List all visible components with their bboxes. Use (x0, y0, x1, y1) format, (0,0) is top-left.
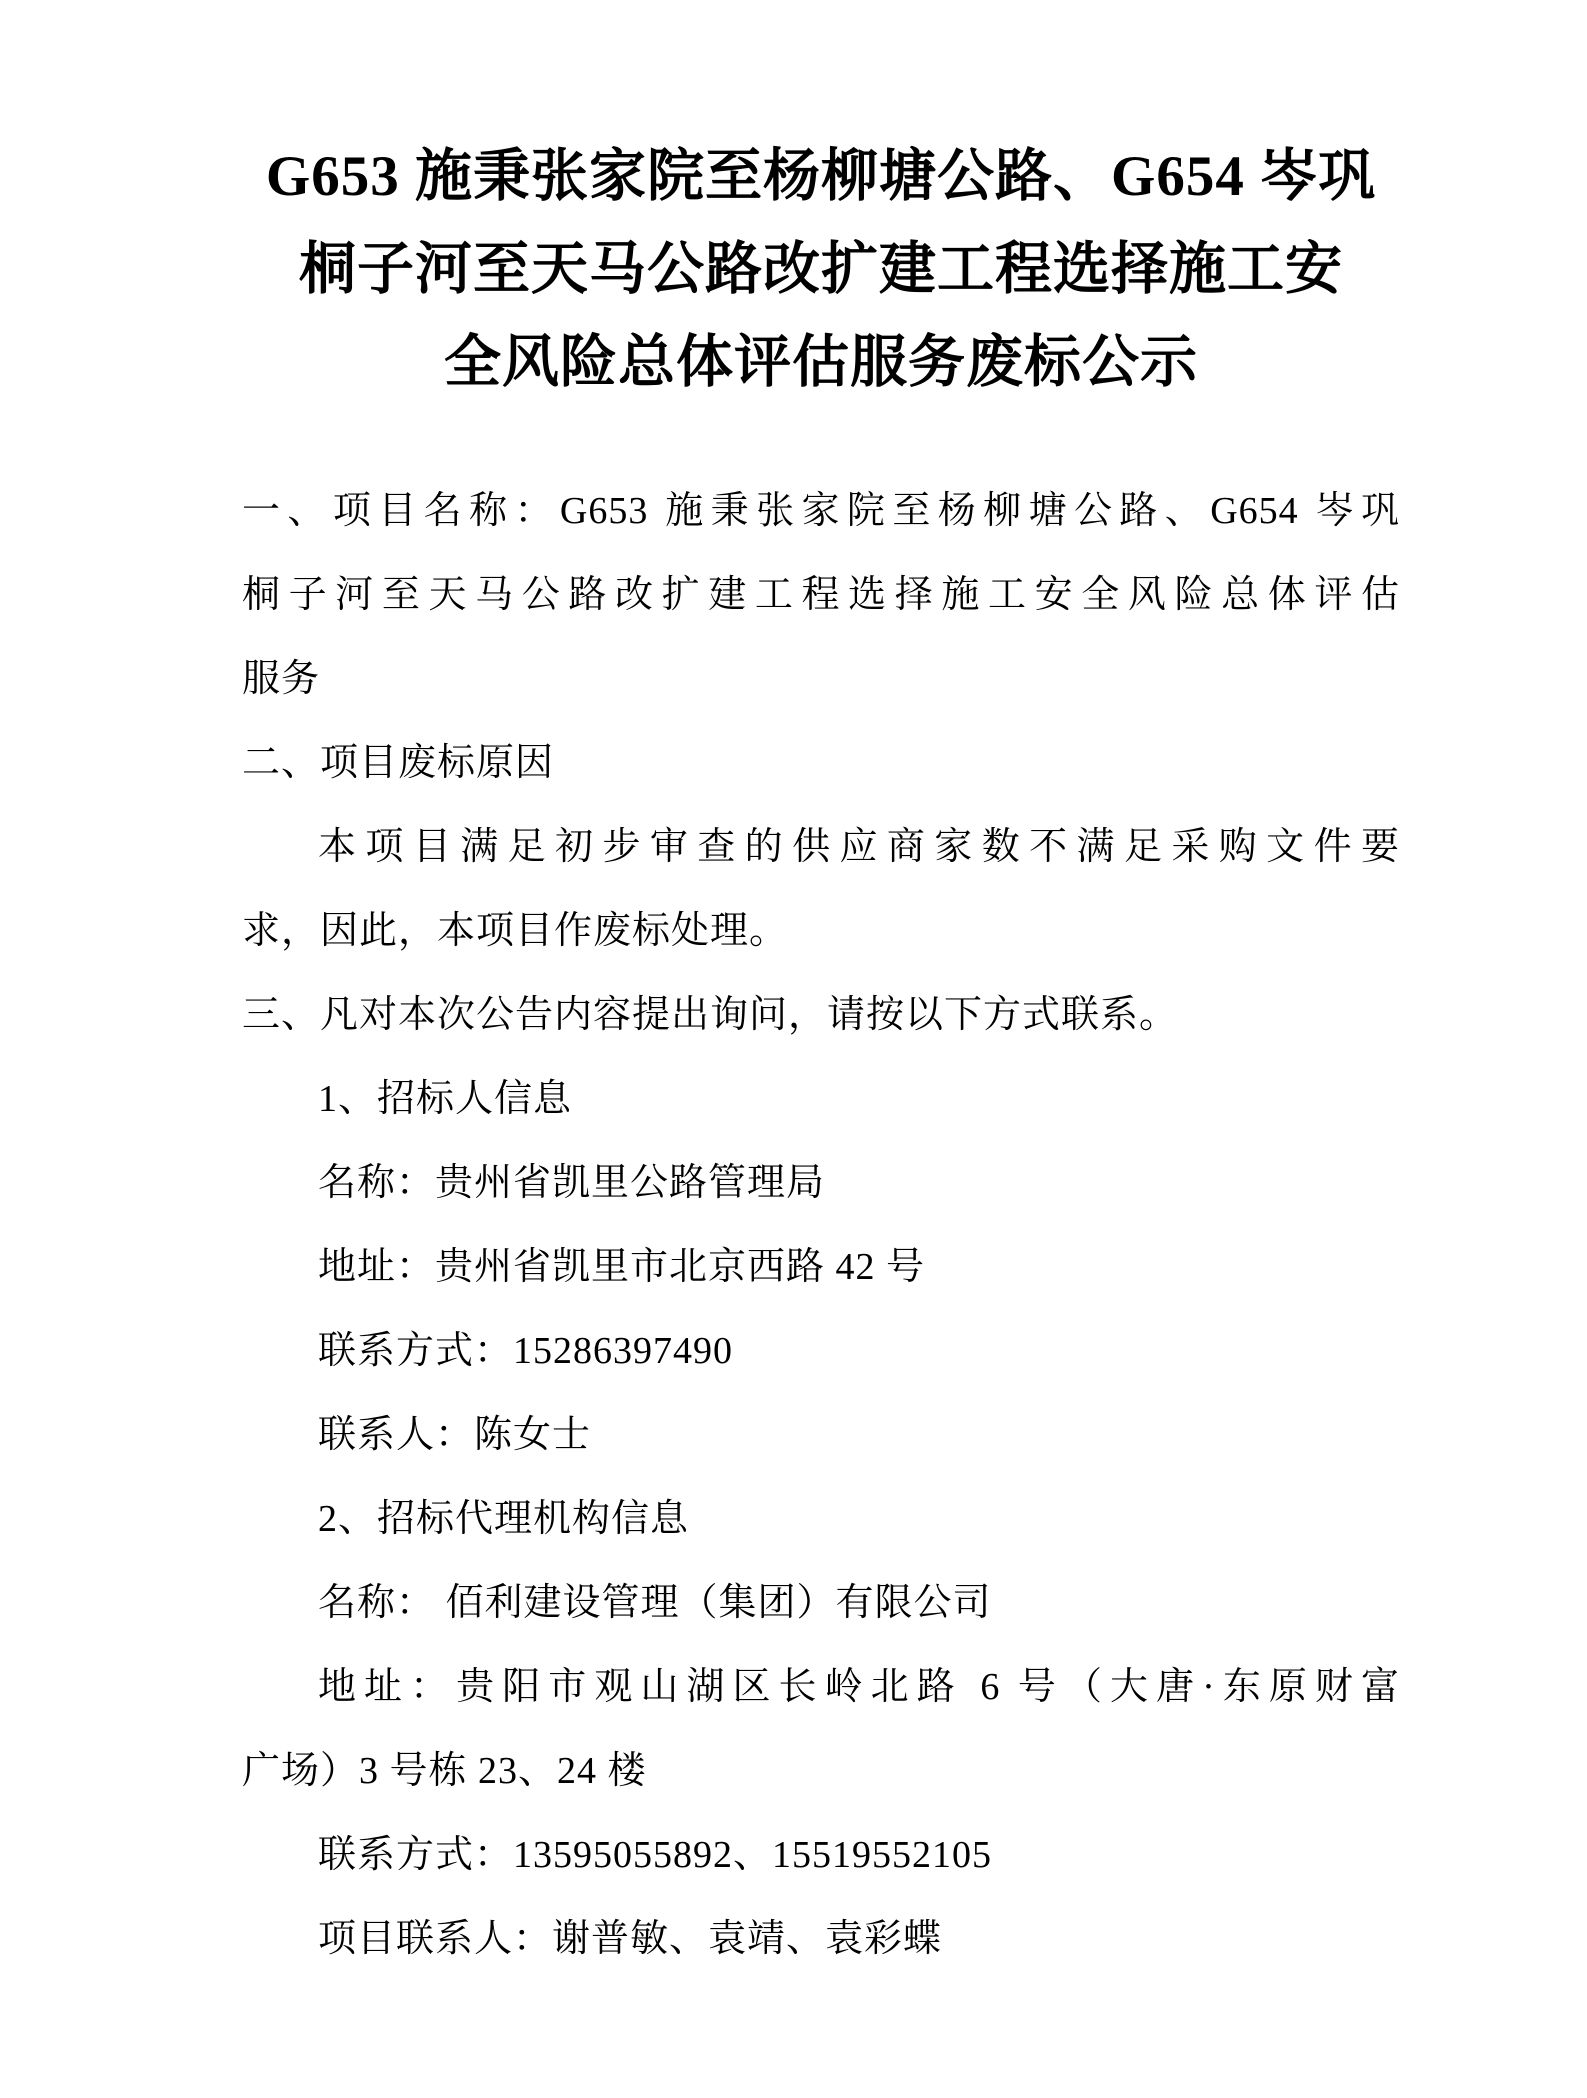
title-line-3: 全风险总体评估服务废标公示 (242, 316, 1400, 409)
body-line-section-2-heading: 二、项目废标原因 (242, 721, 1400, 805)
document-content: G653 施秉张家院至杨柳塘公路、G654 岑巩 桐子河至天马公路改扩建工程选择… (242, 130, 1400, 1981)
body-line-project-name-2: 桐子河至天马公路改扩建工程选择施工安全风险总体评估 (242, 553, 1400, 637)
title-line-2: 桐子河至天马公路改扩建工程选择施工安 (242, 223, 1400, 316)
document-title: G653 施秉张家院至杨柳塘公路、G654 岑巩 桐子河至天马公路改扩建工程选择… (242, 130, 1400, 409)
body-line-tenderer-address: 地址：贵州省凯里市北京西路 42 号 (242, 1225, 1400, 1309)
body-line-agency-address-2: 广场）3 号栋 23、24 楼 (242, 1729, 1400, 1813)
body-line-project-name-3: 服务 (242, 637, 1400, 721)
body-line-reason-1: 本项目满足初步审查的供应商家数不满足采购文件要 (242, 805, 1400, 889)
document-body: 一、项目名称：G653 施秉张家院至杨柳塘公路、G654 岑巩 桐子河至天马公路… (242, 469, 1400, 1981)
body-line-project-name-1: 一、项目名称：G653 施秉张家院至杨柳塘公路、G654 岑巩 (242, 469, 1400, 553)
body-line-agency-heading: 2、招标代理机构信息 (242, 1477, 1400, 1561)
body-line-agency-phone: 联系方式：13595055892、15519552105 (242, 1813, 1400, 1897)
body-line-tenderer-heading: 1、招标人信息 (242, 1057, 1400, 1141)
body-line-tenderer-contact: 联系人：陈女士 (242, 1393, 1400, 1477)
body-line-tenderer-name: 名称：贵州省凯里公路管理局 (242, 1141, 1400, 1225)
document-page: G653 施秉张家院至杨柳塘公路、G654 岑巩 桐子河至天马公路改扩建工程选择… (0, 0, 1587, 2098)
body-line-agency-name: 名称： 佰利建设管理（集团）有限公司 (242, 1561, 1400, 1645)
body-line-agency-address-1: 地址：贵阳市观山湖区长岭北路 6 号（大唐·东原财富 (242, 1645, 1400, 1729)
body-line-tenderer-phone: 联系方式：15286397490 (242, 1309, 1400, 1393)
title-line-1: G653 施秉张家院至杨柳塘公路、G654 岑巩 (242, 130, 1400, 223)
body-line-section-3-heading: 三、凡对本次公告内容提出询问，请按以下方式联系。 (242, 973, 1400, 1057)
body-line-reason-2: 求，因此，本项目作废标处理。 (242, 889, 1400, 973)
body-line-agency-contacts: 项目联系人：谢普敏、袁靖、袁彩蝶 (242, 1897, 1400, 1981)
